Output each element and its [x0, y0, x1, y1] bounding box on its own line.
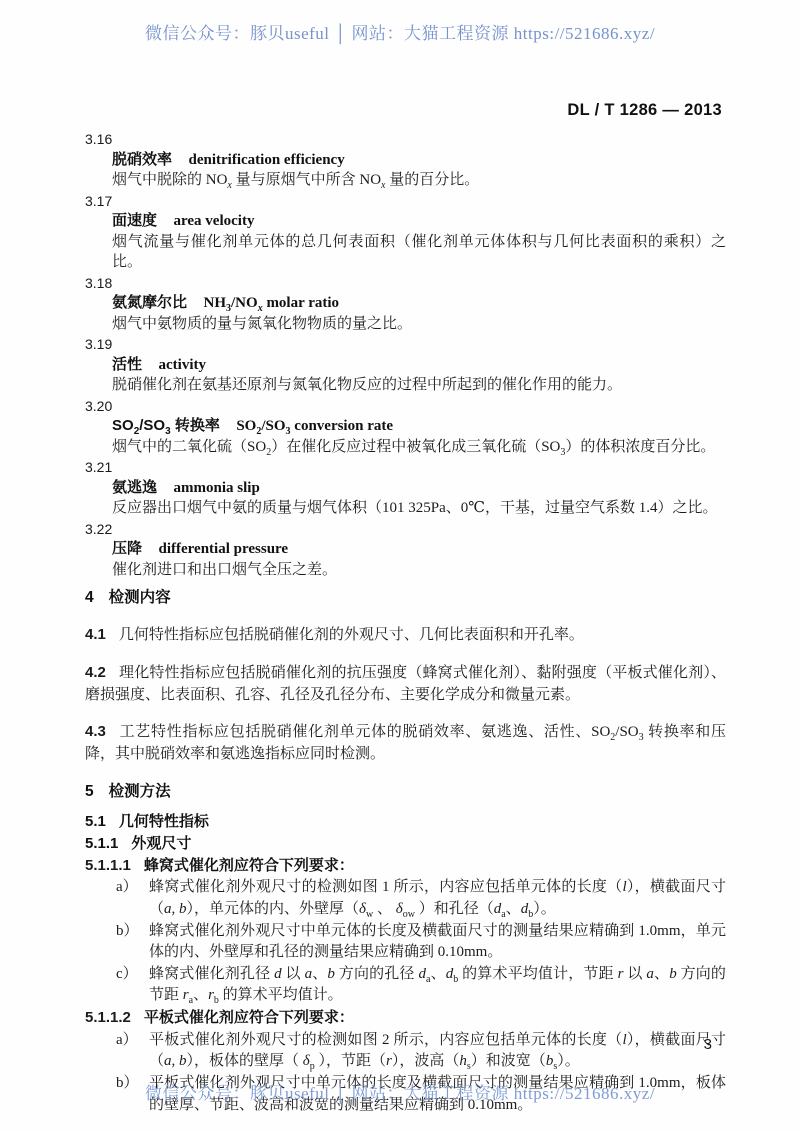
list-item-label: b） — [116, 921, 139, 943]
section-number: 5 — [85, 783, 94, 800]
clause-4-2: 4.2理化特性指标应包括脱硝催化剂的抗压强度（蜂窝式催化剂）、黏附强度（平板式催… — [85, 662, 726, 707]
header-watermark: 微信公众号：豚贝useful │ 网站：大猫工程资源 https://52168… — [0, 19, 800, 44]
term-zh: SO2/SO3 转换率 — [112, 417, 220, 434]
clause-number: 5.1.1 — [85, 835, 118, 852]
term-definition: 烟气中氨物质的量与氮氧化物物质的量之比。 — [85, 314, 726, 335]
clause-title-text: 蜂窝式催化剂应符合下列要求： — [144, 857, 354, 874]
clause-number: 5.1 — [85, 813, 106, 830]
term-title: SO2/SO3 转换率SO2/SO3 conversion rate — [85, 416, 726, 437]
clause-number: 4.3 — [85, 723, 106, 740]
term-block: 3.18 氨氮摩尔比NH3/NOx molar ratio 烟气中氨物质的量与氮… — [85, 273, 726, 335]
list-item-text: 蜂窝式催化剂外观尺寸的检测如图 1 所示，内容应包括单元体的长度（l），横截面尺… — [149, 879, 726, 917]
term-definition: 催化剂进口和出口烟气全压之差。 — [85, 560, 726, 581]
list-item-text: 蜂窝式催化剂孔径 d 以 a、b 方向的孔径 da、db 的算术平均值计，节距 … — [149, 966, 726, 1004]
term-block: 3.19 活性activity 脱硝催化剂在氨基还原剂与氮氧化物反应的过程中所起… — [85, 334, 726, 396]
term-en: activity — [159, 357, 206, 373]
term-title: 活性activity — [85, 355, 726, 376]
list-item-a: a）平板式催化剂外观尺寸的检测如图 2 所示，内容应包括单元体的长度（l），横截… — [85, 1030, 726, 1073]
term-number: 3.16 — [85, 129, 726, 150]
clause-4-1: 4.1几何特性指标应包括脱硝催化剂的外观尺寸、几何比表面积和开孔率。 — [85, 624, 726, 647]
term-en: NH3/NOx molar ratio — [204, 295, 340, 311]
term-zh: 压降 — [112, 540, 142, 557]
list-item-text: 蜂窝式催化剂外观尺寸中单元体的长度及横截面尺寸的测量结果应精确到 1.0mm，单… — [149, 923, 726, 961]
section-number: 4 — [85, 589, 94, 606]
document-page: 微信公众号：豚贝useful │ 网站：大猫工程资源 https://52168… — [0, 0, 800, 1131]
term-block: 3.22 压降differential pressure 催化剂进口和出口烟气全… — [85, 519, 726, 581]
clause-number: 5.1.1.2 — [85, 1009, 131, 1026]
term-definition: 烟气流量与催化剂单元体的总几何表面积（催化剂单元体体积与几何比表面积的乘积）之比… — [85, 232, 726, 273]
terms-section: 3.16 脱硝效率denitrification efficiency 烟气中脱… — [85, 129, 726, 580]
clause-number: 5.1.1.1 — [85, 857, 131, 874]
clause-text: 理化特性指标应包括脱硝催化剂的抗压强度（蜂窝式催化剂）、黏附强度（平板式催化剂）… — [85, 665, 726, 703]
term-number: 3.22 — [85, 519, 726, 540]
document-body: 3.16 脱硝效率denitrification efficiency 烟气中脱… — [85, 129, 726, 1116]
term-definition: 烟气中的二氧化硫（SO2）在催化反应过程中被氧化成三氧化硫（SO3）的体积浓度百… — [85, 437, 726, 458]
clause-text: 工艺特性指标应包括脱硝催化剂单元体的脱硝效率、氨逃逸、活性、SO2/SO3 转换… — [85, 724, 726, 762]
term-definition: 烟气中脱除的 NOx 量与原烟气中所含 NOx 量的百分比。 — [85, 170, 726, 191]
section-title: 检测内容 — [109, 589, 171, 606]
term-number: 3.17 — [85, 191, 726, 212]
list-item-text: 平板式催化剂外观尺寸的检测如图 2 所示，内容应包括单元体的长度（l），横截面尺… — [149, 1032, 726, 1070]
list-item-b: b）蜂窝式催化剂外观尺寸中单元体的长度及横截面尺寸的测量结果应精确到 1.0mm… — [85, 921, 726, 964]
footer-watermark: 微信公众号：豚贝useful │ 网站：大猫工程资源 https://52168… — [0, 1079, 800, 1104]
term-block: 3.17 面速度area velocity 烟气流量与催化剂单元体的总几何表面积… — [85, 191, 726, 273]
list-item-c: c）蜂窝式催化剂孔径 d 以 a、b 方向的孔径 da、db 的算术平均值计，节… — [85, 964, 726, 1007]
term-zh: 面速度 — [112, 212, 157, 229]
term-title: 氨逃逸ammonia slip — [85, 478, 726, 499]
term-title: 氨氮摩尔比NH3/NOx molar ratio — [85, 293, 726, 314]
clause-text: 几何特性指标应包括脱硝催化剂的外观尺寸、几何比表面积和开孔率。 — [119, 627, 584, 643]
page-number: 3 — [704, 1036, 712, 1053]
term-definition: 反应器出口烟气中氨的质量与烟气体积（101 325Pa、0℃，干基，过量空气系数… — [85, 498, 726, 519]
term-title: 面速度area velocity — [85, 211, 726, 232]
term-en: ammonia slip — [174, 480, 260, 496]
section-4-heading: 4检测内容 — [85, 587, 726, 609]
term-zh: 氨逃逸 — [112, 479, 157, 496]
clause-number: 4.2 — [85, 664, 106, 681]
term-block: 3.20 SO2/SO3 转换率SO2/SO3 conversion rate … — [85, 396, 726, 458]
heading-5-1-1-2: 5.1.1.2平板式催化剂应符合下列要求： — [85, 1007, 726, 1030]
term-number: 3.19 — [85, 334, 726, 355]
term-number: 3.18 — [85, 273, 726, 294]
list-item-label: a） — [116, 1030, 138, 1052]
clause-number: 4.1 — [85, 626, 106, 643]
term-en: differential pressure — [159, 541, 289, 557]
term-zh: 脱硝效率 — [112, 151, 172, 168]
term-definition: 脱硝催化剂在氨基还原剂与氮氧化物反应的过程中所起到的催化作用的能力。 — [85, 375, 726, 396]
term-zh: 氨氮摩尔比 — [112, 294, 187, 311]
term-zh: 活性 — [112, 356, 142, 373]
term-number: 3.20 — [85, 396, 726, 417]
list-item-a: a）蜂窝式催化剂外观尺寸的检测如图 1 所示，内容应包括单元体的长度（l），横截… — [85, 877, 726, 920]
term-block: 3.21 氨逃逸ammonia slip 反应器出口烟气中氨的质量与烟气体积（1… — [85, 457, 726, 519]
section-5-heading: 5检测方法 — [85, 781, 726, 803]
section-title: 检测方法 — [109, 783, 171, 800]
term-number: 3.21 — [85, 457, 726, 478]
heading-5-1: 5.1几何特性指标 — [85, 811, 726, 833]
heading-5-1-1-1: 5.1.1.1蜂窝式催化剂应符合下列要求： — [85, 855, 726, 878]
list-item-label: a） — [116, 877, 138, 899]
term-en: denitrification efficiency — [189, 152, 345, 168]
list-item-label: c） — [116, 964, 138, 986]
term-en: SO2/SO3 conversion rate — [236, 418, 393, 434]
term-title: 压降differential pressure — [85, 539, 726, 560]
clause-title-text: 外观尺寸 — [131, 835, 191, 852]
term-block: 3.16 脱硝效率denitrification efficiency 烟气中脱… — [85, 129, 726, 191]
heading-5-1-1: 5.1.1外观尺寸 — [85, 833, 726, 855]
clause-title-text: 平板式催化剂应符合下列要求： — [144, 1009, 354, 1026]
section-4: 4检测内容 4.1几何特性指标应包括脱硝催化剂的外观尺寸、几何比表面积和开孔率。… — [85, 587, 726, 766]
clause-title-text: 几何特性指标 — [119, 813, 209, 830]
clause-4-3: 4.3工艺特性指标应包括脱硝催化剂单元体的脱硝效率、氨逃逸、活性、SO2/SO3… — [85, 721, 726, 766]
term-en: area velocity — [174, 213, 255, 229]
section-5: 5检测方法 5.1几何特性指标 5.1.1外观尺寸 5.1.1.1蜂窝式催化剂应… — [85, 781, 726, 1116]
term-title: 脱硝效率denitrification efficiency — [85, 150, 726, 171]
doc-number: DL / T 1286 — 2013 — [567, 101, 722, 120]
